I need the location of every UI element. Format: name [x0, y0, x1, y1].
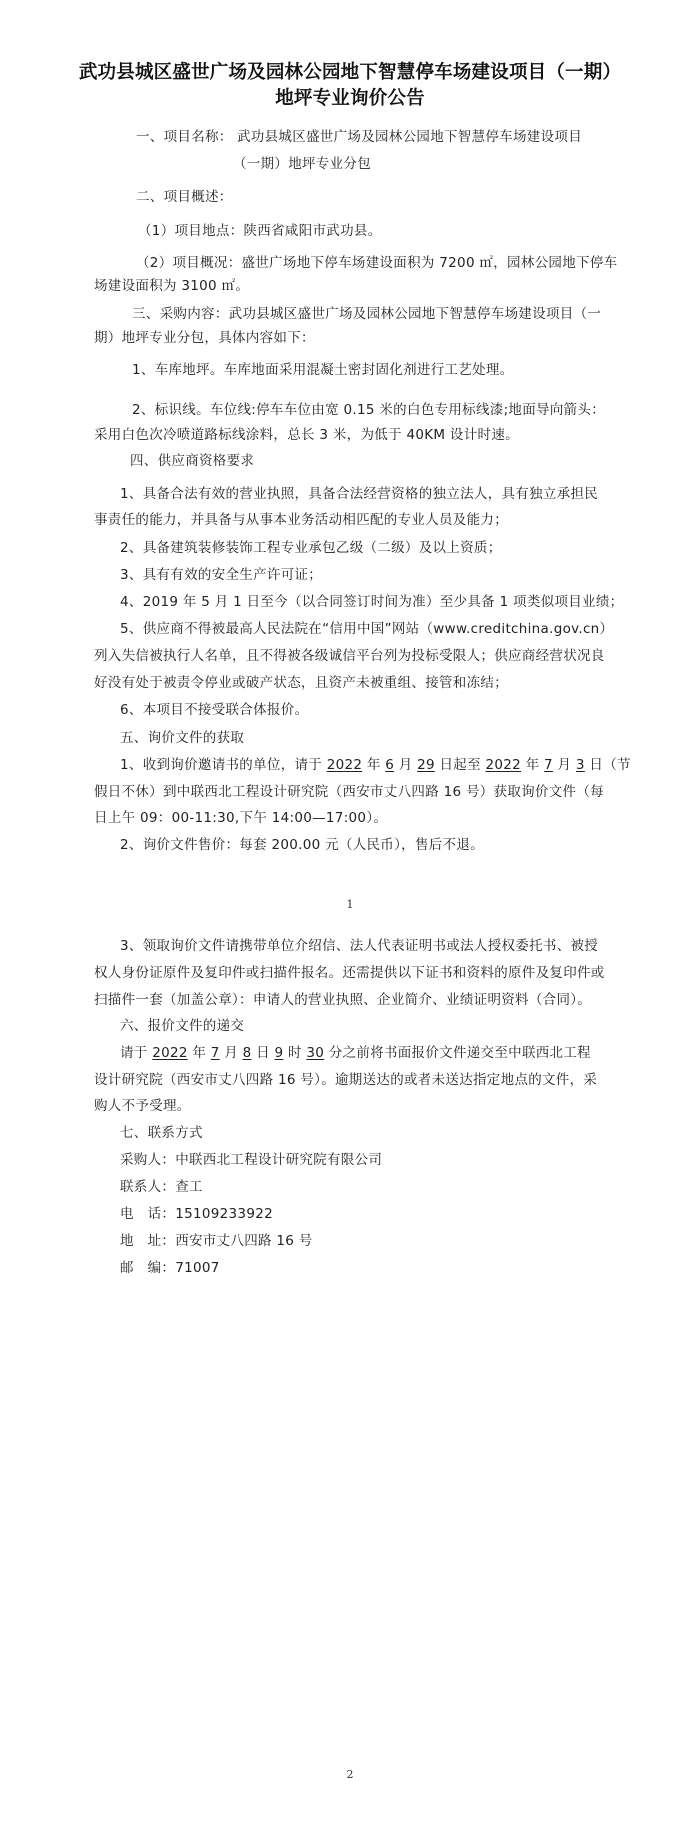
- contact-person-label: 联系人：: [120, 1179, 175, 1195]
- qualification-item1-line1: 1、具备合法有效的营业执照，具备合法经营资格的独立法人，具有独立承担民: [120, 482, 598, 502]
- end-year: 2022: [485, 757, 521, 773]
- text-year: 年: [188, 1045, 211, 1061]
- document-title-line2: 地坪专业询价公告: [0, 84, 700, 110]
- submission-month: 7: [211, 1045, 220, 1061]
- address-label: 地 址：: [120, 1233, 175, 1249]
- procurement-item2-line2: 采用白色次冷喷道路标线涂料，总长 3 米，为低于 40KM 设计时速。: [94, 423, 519, 443]
- start-day: 29: [417, 757, 435, 773]
- purchaser-label: 采购人：: [120, 1152, 175, 1168]
- qualification-item1-line2: 事责任的能力，并具备与从事本业务活动相匹配的专业人员及能力；: [94, 508, 508, 528]
- acquisition-prefix: 1、收到询价邀请书的单位，请于: [120, 757, 327, 773]
- start-month: 6: [385, 757, 394, 773]
- project-name-label: 一、项目名称：: [136, 125, 233, 145]
- procurement-item2-line1: 2、标识线。车位线:停车车位由宽 0.15 米的白色专用标线漆;地面导向箭头：: [132, 398, 605, 418]
- contact-heading: 七、联系方式: [120, 1121, 203, 1141]
- qualification-item6: 6、本项目不接受联合体报价。: [120, 698, 308, 718]
- procurement-line2: 期）地坪专业分包，具体内容如下：: [94, 326, 315, 346]
- contact-purchaser: 采购人：中联西北工程设计研究院有限公司: [120, 1148, 382, 1168]
- submission-heading: 六、报价文件的递交: [120, 1014, 244, 1034]
- phone-label: 电 话：: [120, 1206, 175, 1222]
- text-day-from: 日起至: [435, 757, 486, 773]
- qualifications-heading: 四、供应商资格要求: [130, 449, 254, 469]
- qualification-item5-line2: 列入失信被执行人名单，且不得被各级诚信平台列为投标受限人；供应商经营状况良: [94, 644, 605, 664]
- end-month: 7: [544, 757, 553, 773]
- submission-year: 2022: [152, 1045, 188, 1061]
- qualification-item5-line1: 5、供应商不得被最高人民法院在“信用中国”网站（www.creditchina.…: [120, 617, 613, 637]
- overview-heading: 二、项目概述：: [136, 185, 233, 205]
- text-month: 月: [220, 1045, 243, 1061]
- text-year: 年: [521, 757, 544, 773]
- contact-address: 地 址：西安市丈八四路 16 号: [120, 1229, 313, 1249]
- project-name-value-line1: 武功县城区盛世广场及园林公园地下智慧停车场建设项目: [237, 125, 582, 145]
- text-month: 月: [394, 757, 417, 773]
- contact-person: 联系人：查工: [120, 1175, 203, 1195]
- acquisition-item3-line2: 权人身份证原件及复印件或扫描件报名。还需提供以下证书和资料的原件及复印件或: [94, 961, 605, 981]
- qualification-item2: 2、具备建筑装修装饰工程专业承包乙级（二级）及以上资质；: [120, 536, 502, 556]
- qualification-item5-line3: 好没有处于被责令停业或破产状态，且资产未被重组、接管和冻结；: [94, 671, 508, 691]
- address-value: 西安市丈八四路 16 号: [175, 1233, 312, 1249]
- postcode-label: 邮 编：: [120, 1260, 175, 1276]
- page-number-1: 1: [0, 898, 700, 911]
- end-day: 3: [576, 757, 585, 773]
- contact-postcode: 邮 编：71007: [120, 1256, 220, 1276]
- acquisition-item3-line3: 扫描件一套（加盖公章）：申请人的营业执照、企业简介、业绩证明资料（合同）。: [94, 988, 591, 1008]
- contact-person-value: 查工: [175, 1179, 203, 1195]
- page-number-2: 2: [0, 1768, 700, 1781]
- qualification-item3: 3、具有有效的安全生产许可证；: [120, 563, 322, 583]
- overview-summary-line2: 场建设面积为 3100 ㎡。: [94, 274, 249, 294]
- qualification-item4: 4、2019 年 5 月 1 日至今（以合同签订时间为准）至少具备 1 项类似项…: [120, 590, 623, 610]
- text-day: 日: [252, 1045, 275, 1061]
- project-name-value-line2: （一期）地坪专业分包: [233, 152, 371, 172]
- postcode-value: 71007: [175, 1260, 219, 1276]
- phone-value: 15109233922: [175, 1206, 273, 1222]
- submission-minute: 30: [306, 1045, 324, 1061]
- acquisition-item3-line1: 3、领取询价文件请携带单位介绍信、法人代表证明书或法人授权委托书、被授: [120, 934, 598, 954]
- submission-day: 8: [243, 1045, 252, 1061]
- text-hour: 时: [283, 1045, 306, 1061]
- overview-location: （1）项目地点：陕西省咸阳市武功县。: [138, 219, 382, 239]
- submission-line1: 请于 2022 年 7 月 8 日 9 时 30 分之前将书面报价文件递交至中联…: [120, 1041, 591, 1061]
- text-year: 年: [362, 757, 385, 773]
- document-title-line1: 武功县城区盛世广场及园林公园地下智慧停车场建设项目（一期）: [0, 58, 700, 84]
- text-day-holiday: 日（节: [585, 757, 631, 773]
- acquisition-item2: 2、询价文件售价：每套 200.00 元（人民币），售后不退。: [120, 833, 484, 853]
- acquisition-item1-line3: 日上午 09：00-11:30,下午 14:00—17:00）。: [94, 806, 387, 826]
- start-year: 2022: [327, 757, 363, 773]
- submission-line2: 设计研究院（西安市丈八四路 16 号）。逾期送达的或者未送达指定地点的文件，采: [94, 1068, 597, 1088]
- submission-line3: 购人不予受理。: [94, 1094, 191, 1114]
- procurement-item1: 1、车库地坪。车库地面采用混凝土密封固化剂进行工艺处理。: [132, 358, 514, 378]
- procurement-line1: 三、采购内容：武功县城区盛世广场及园林公园地下智慧停车场建设项目（一: [132, 302, 601, 322]
- acquisition-item1-line2: 假日不休）到中联西北工程设计研究院（西安市丈八四路 16 号）获取询价文件（每: [94, 780, 604, 800]
- submission-suffix: 分之前将书面报价文件递交至中联西北工程: [324, 1045, 591, 1061]
- contact-phone: 电 话：15109233922: [120, 1202, 273, 1222]
- submission-prefix: 请于: [120, 1045, 152, 1061]
- purchaser-value: 中联西北工程设计研究院有限公司: [175, 1152, 382, 1168]
- overview-summary-line1: （2）项目概况：盛世广场地下停车场建设面积为 7200 ㎡，园林公园地下停车: [136, 251, 617, 271]
- text-month: 月: [553, 757, 576, 773]
- acquisition-heading: 五、询价文件的获取: [120, 726, 244, 746]
- acquisition-item1-line1: 1、收到询价邀请书的单位，请于 2022 年 6 月 29 日起至 2022 年…: [120, 753, 631, 773]
